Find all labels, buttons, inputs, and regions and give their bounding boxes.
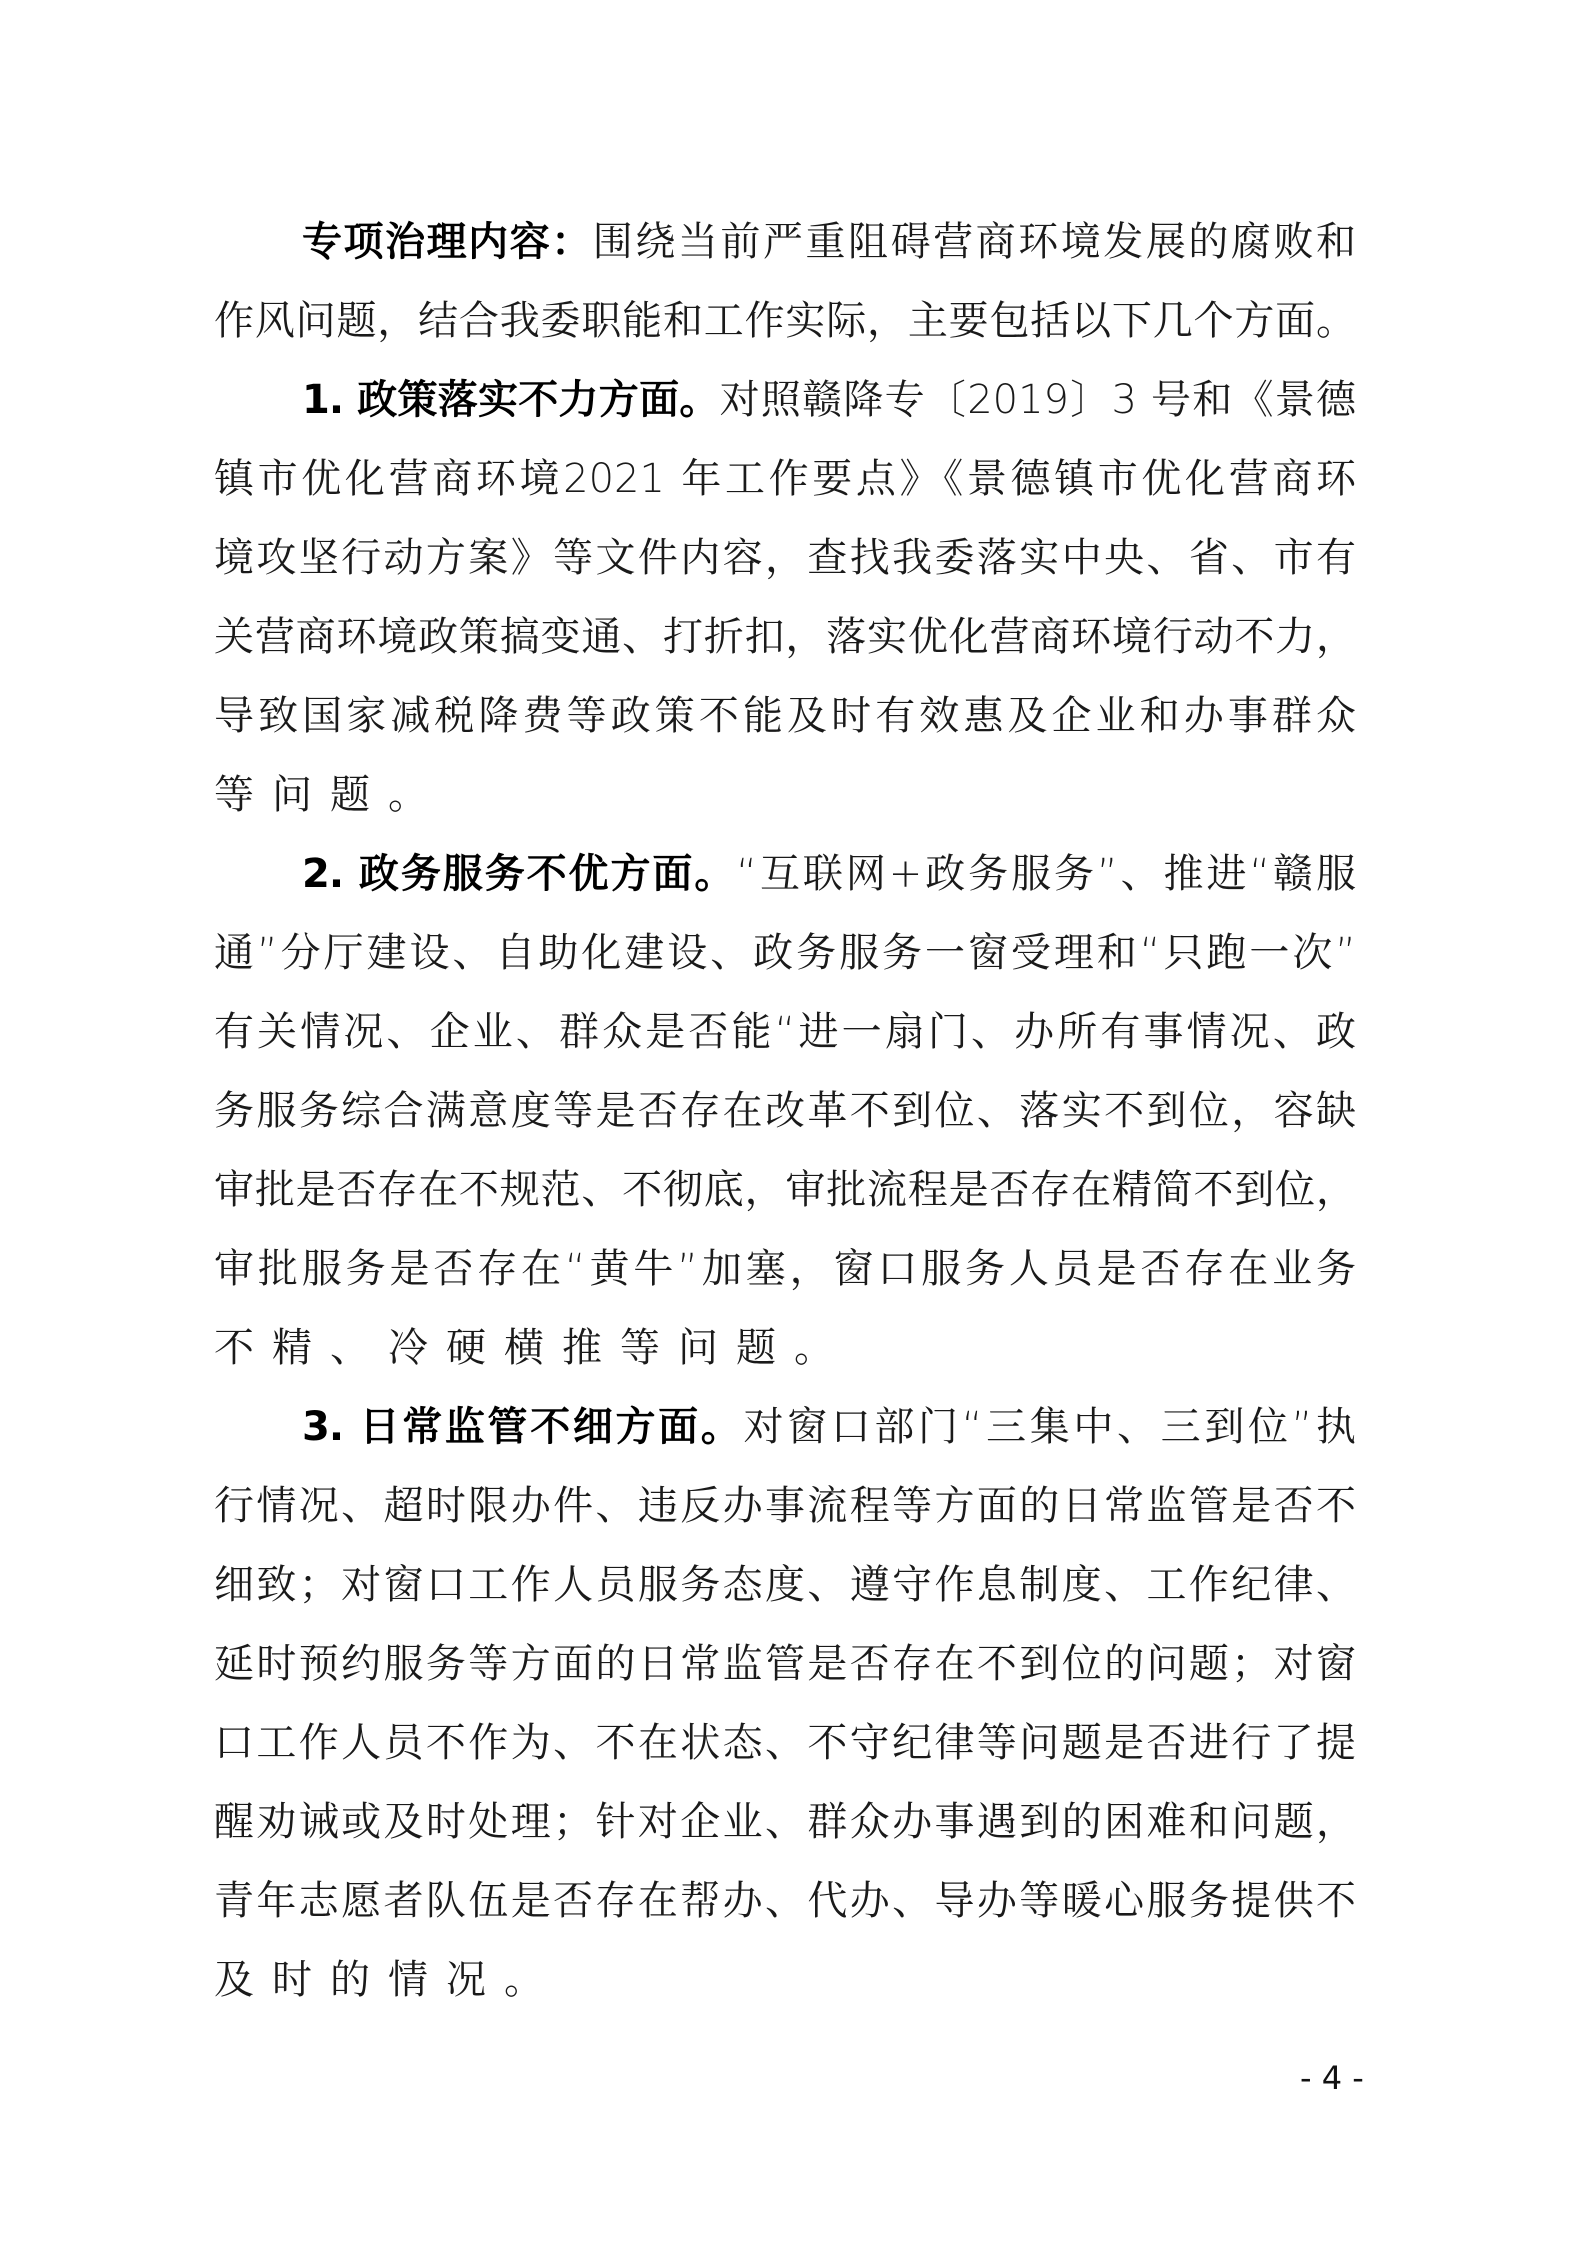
intro-text: 围绕当前严重阻碍营商环境发展的腐败和 bbox=[593, 219, 1356, 265]
section-3-line: 行情况、超时限办件、违反办事流程等方面的日常监管是否不 bbox=[214, 1478, 1356, 1534]
section-2-line: 审批是否存在不规范、不彻底，审批流程是否存在精简不到位， bbox=[214, 1162, 1356, 1218]
section-1-line: 镇市优化营商环境2021 年工作要点》《景德镇市优化营商环 bbox=[214, 451, 1356, 507]
section-2-line: 不精、冷硬横推等问题。 bbox=[214, 1320, 1356, 1376]
section-1-line: 关营商环境政策搞变通、打折扣，落实优化营商环境行动不力， bbox=[214, 609, 1356, 665]
section-3-line: 延时预约服务等方面的日常监管是否存在不到位的问题；对窗 bbox=[214, 1636, 1356, 1692]
section-2-line: 审批服务是否存在“黄牛”加塞，窗口服务人员是否存在业务 bbox=[214, 1241, 1356, 1297]
section-3-line: 醒劝诫或及时处理；针对企业、群众办事遇到的困难和问题， bbox=[214, 1794, 1356, 1850]
section-3-line: 青年志愿者队伍是否存在帮办、代办、导办等暖心服务提供不 bbox=[214, 1873, 1356, 1929]
intro-line-2: 作风问题，结合我委职能和工作实际，主要包括以下几个方面。 bbox=[214, 293, 1356, 349]
section-3-first-text: 对窗口部门“三集中、三到位”执 bbox=[743, 1404, 1356, 1450]
section-1-line: 导致国家减税降费等政策不能及时有效惠及企业和办事群众 bbox=[214, 688, 1356, 744]
section-2-line: 通”分厅建设、自助化建设、政务服务一窗受理和“只跑一次” bbox=[214, 925, 1356, 981]
section-2-first-text: “互联网+政务服务”、推进“赣服 bbox=[736, 851, 1356, 897]
section-1-line: 等问题。 bbox=[214, 767, 1356, 823]
intro-line-1: 专项治理内容：围绕当前严重阻碍营商环境发展的腐败和 bbox=[302, 214, 1356, 270]
section-2-line: 务服务综合满意度等是否存在改革不到位、落实不到位，容缺 bbox=[214, 1083, 1356, 1139]
document-page: 专项治理内容：围绕当前严重阻碍营商环境发展的腐败和 作风问题，结合我委职能和工作… bbox=[0, 0, 1587, 2245]
page-number: - 4 - bbox=[1300, 2058, 1364, 2098]
section-1-line: 境攻坚行动方案》等文件内容，查找我委落实中央、省、市有 bbox=[214, 530, 1356, 586]
section-1-first-text: 对照赣降专〔2019〕3 号和《景德 bbox=[720, 377, 1356, 423]
intro-heading: 专项治理内容： bbox=[302, 219, 593, 265]
section-1-heading: 1. 政策落实不力方面。 bbox=[302, 377, 720, 423]
section-2-heading: 2. 政务服务不优方面。 bbox=[302, 851, 736, 897]
section-3-line: 口工作人员不作为、不在状态、不守纪律等问题是否进行了提 bbox=[214, 1715, 1356, 1771]
section-3-line: 及时的情况。 bbox=[214, 1952, 1356, 2008]
section-3-line: 细致；对窗口工作人员服务态度、遵守作息制度、工作纪律、 bbox=[214, 1557, 1356, 1613]
section-3-heading: 3. 日常监管不细方面。 bbox=[302, 1404, 743, 1450]
section-2-line: 有关情况、企业、群众是否能“进一扇门、办所有事情况、政 bbox=[214, 1004, 1356, 1060]
section-1-first-line: 1. 政策落实不力方面。对照赣降专〔2019〕3 号和《景德 bbox=[302, 372, 1356, 428]
section-2-first-line: 2. 政务服务不优方面。“互联网+政务服务”、推进“赣服 bbox=[302, 846, 1356, 902]
section-3-first-line: 3. 日常监管不细方面。对窗口部门“三集中、三到位”执 bbox=[302, 1399, 1356, 1455]
